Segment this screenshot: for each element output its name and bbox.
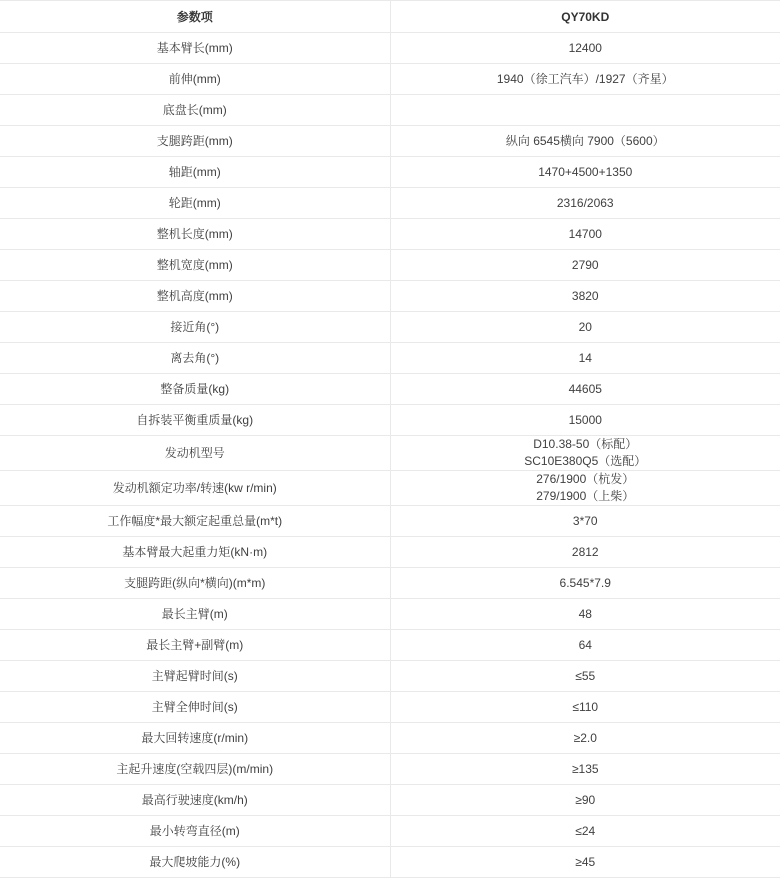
param-label-cell: 主臂起臂时间(s) [0, 661, 390, 692]
column-header-model: QY70KD [390, 1, 780, 33]
param-label-cell: 发动机型号 [0, 436, 390, 471]
param-label-cell: 离去角(°) [0, 343, 390, 374]
table-row: 基本臂最大起重力矩(kN·m) 2812 [0, 537, 780, 568]
table-row: 发动机型号 D10.38-50（标配）SC10E380Q5（选配） [0, 436, 780, 471]
param-label: 最大爬坡能力(%) [8, 854, 382, 871]
param-value-line: 纵向 6545横向 7900（5600） [399, 133, 773, 150]
param-value-line: 14700 [399, 226, 773, 243]
param-label-cell: 最长主臂+副臂(m) [0, 630, 390, 661]
param-value-line: 44605 [399, 381, 773, 398]
param-label: 整机宽度(mm) [8, 257, 382, 274]
param-label-cell: 整备质量(kg) [0, 374, 390, 405]
param-value-cell: ≥45 [390, 847, 780, 878]
param-label: 支腿跨距(mm) [8, 133, 382, 150]
param-label-cell: 最大爬坡能力(%) [0, 847, 390, 878]
param-value-line: 64 [399, 637, 773, 654]
param-value-line: 279/1900（上柴） [399, 488, 773, 505]
param-label: 发动机额定功率/转速(kw r/min) [8, 480, 382, 497]
param-value-cell: 14 [390, 343, 780, 374]
table-row: 支腿跨距(纵向*横向)(m*m) 6.545*7.9 [0, 568, 780, 599]
param-value-cell: 276/1900（杭发）279/1900（上柴） [390, 471, 780, 506]
param-label-cell: 底盘长(mm) [0, 95, 390, 126]
param-value-line: 276/1900（杭发） [399, 471, 773, 488]
table-row: 主臂全伸时间(s) ≤110 [0, 692, 780, 723]
param-label-cell: 整机宽度(mm) [0, 250, 390, 281]
param-value-line: ≥45 [399, 854, 773, 871]
param-value-line: 6.545*7.9 [399, 575, 773, 592]
table-row: 主起升速度(空载四层)(m/min) ≥135 [0, 754, 780, 785]
param-value-cell: 2316/2063 [390, 188, 780, 219]
param-value-cell: 3*70 [390, 506, 780, 537]
param-label: 最大回转速度(r/min) [8, 730, 382, 747]
param-label: 主臂全伸时间(s) [8, 699, 382, 716]
param-label: 工作幅度*最大额定起重总量(m*t) [8, 513, 382, 530]
param-label-cell: 主臂全伸时间(s) [0, 692, 390, 723]
param-value-cell: 20 [390, 312, 780, 343]
param-label: 基本臂长(mm) [8, 40, 382, 57]
param-label-cell: 轴距(mm) [0, 157, 390, 188]
table-row: 发动机额定功率/转速(kw r/min) 276/1900（杭发）279/190… [0, 471, 780, 506]
param-label-cell: 整机高度(mm) [0, 281, 390, 312]
param-value-line: 1470+4500+1350 [399, 164, 773, 181]
param-label-cell: 前伸(mm) [0, 64, 390, 95]
param-value-line: 2812 [399, 544, 773, 561]
param-value-line: 2316/2063 [399, 195, 773, 212]
param-label-cell: 最小转弯直径(m) [0, 816, 390, 847]
param-value-cell: 6.545*7.9 [390, 568, 780, 599]
param-label: 轮距(mm) [8, 195, 382, 212]
param-label: 整机长度(mm) [8, 226, 382, 243]
table-row: 整机宽度(mm) 2790 [0, 250, 780, 281]
table-row: 离去角(°) 14 [0, 343, 780, 374]
table-row: 最大爬坡能力(%) ≥45 [0, 847, 780, 878]
table-row: 主臂起臂时间(s) ≤55 [0, 661, 780, 692]
param-label-cell: 接近角(°) [0, 312, 390, 343]
param-value-cell: 1940（徐工汽车）/1927（齐星） [390, 64, 780, 95]
param-label: 轴距(mm) [8, 164, 382, 181]
param-value-line: 3*70 [399, 513, 773, 530]
param-value-cell: 2790 [390, 250, 780, 281]
column-header-parameter: 参数项 [0, 1, 390, 33]
param-label-cell: 基本臂最大起重力矩(kN·m) [0, 537, 390, 568]
table-row: 整机长度(mm) 14700 [0, 219, 780, 250]
param-value-cell [390, 95, 780, 126]
param-label-cell: 基本臂长(mm) [0, 33, 390, 64]
param-label: 整机高度(mm) [8, 288, 382, 305]
param-value-cell: 纵向 6545横向 7900（5600） [390, 126, 780, 157]
table-row: 接近角(°) 20 [0, 312, 780, 343]
param-value-line: SC10E380Q5（选配） [399, 453, 773, 470]
param-value-line: 15000 [399, 412, 773, 429]
param-label: 最长主臂(m) [8, 606, 382, 623]
param-value-cell: 3820 [390, 281, 780, 312]
table-row: 支腿跨距(mm) 纵向 6545横向 7900（5600） [0, 126, 780, 157]
param-value-cell: 64 [390, 630, 780, 661]
param-label: 支腿跨距(纵向*横向)(m*m) [8, 575, 382, 592]
param-label-cell: 最长主臂(m) [0, 599, 390, 630]
param-label-cell: 最高行驶速度(km/h) [0, 785, 390, 816]
param-label-cell: 整机长度(mm) [0, 219, 390, 250]
param-value-line: ≤110 [399, 699, 773, 716]
table-row: 工作幅度*最大额定起重总量(m*t) 3*70 [0, 506, 780, 537]
param-value-line: 3820 [399, 288, 773, 305]
param-label-cell: 支腿跨距(纵向*横向)(m*m) [0, 568, 390, 599]
table-row: 整备质量(kg) 44605 [0, 374, 780, 405]
param-label: 自拆装平衡重质量(kg) [8, 412, 382, 429]
table-row: 最大回转速度(r/min) ≥2.0 [0, 723, 780, 754]
table-row: 底盘长(mm) [0, 95, 780, 126]
param-label: 离去角(°) [8, 350, 382, 367]
param-value-cell: ≥2.0 [390, 723, 780, 754]
param-label: 最小转弯直径(m) [8, 823, 382, 840]
param-label: 基本臂最大起重力矩(kN·m) [8, 544, 382, 561]
param-value-line: 1940（徐工汽车）/1927（齐星） [399, 71, 773, 88]
param-value-cell: D10.38-50（标配）SC10E380Q5（选配） [390, 436, 780, 471]
param-value-cell: ≥90 [390, 785, 780, 816]
param-value-cell: 15000 [390, 405, 780, 436]
spec-table-body: 基本臂长(mm) 12400 前伸(mm) 1940（徐工汽车）/1927（齐星… [0, 33, 780, 878]
param-value-cell: ≥135 [390, 754, 780, 785]
spec-page: 参数项 QY70KD 基本臂长(mm) 12400 前伸(mm) 1940（徐工… [0, 0, 780, 884]
param-value-cell: 1470+4500+1350 [390, 157, 780, 188]
table-row: 基本臂长(mm) 12400 [0, 33, 780, 64]
table-row: 最小转弯直径(m) ≤24 [0, 816, 780, 847]
param-value-line: ≤55 [399, 668, 773, 685]
param-label-cell: 主起升速度(空载四层)(m/min) [0, 754, 390, 785]
param-value-cell: 12400 [390, 33, 780, 64]
table-row: 最高行驶速度(km/h) ≥90 [0, 785, 780, 816]
table-row: 轴距(mm) 1470+4500+1350 [0, 157, 780, 188]
spec-table: 参数项 QY70KD 基本臂长(mm) 12400 前伸(mm) 1940（徐工… [0, 0, 780, 878]
param-label-cell: 轮距(mm) [0, 188, 390, 219]
param-value-line: ≥90 [399, 792, 773, 809]
header-row: 参数项 QY70KD [0, 1, 780, 33]
param-label: 主臂起臂时间(s) [8, 668, 382, 685]
param-value-cell: ≤110 [390, 692, 780, 723]
param-value-line: ≥135 [399, 761, 773, 778]
param-value-cell: 2812 [390, 537, 780, 568]
table-row: 最长主臂(m) 48 [0, 599, 780, 630]
param-label-cell: 工作幅度*最大额定起重总量(m*t) [0, 506, 390, 537]
spec-table-head: 参数项 QY70KD [0, 1, 780, 33]
param-value-line: 48 [399, 606, 773, 623]
param-label: 底盘长(mm) [8, 102, 382, 119]
param-value-line: 12400 [399, 40, 773, 57]
param-label-cell: 自拆装平衡重质量(kg) [0, 405, 390, 436]
table-row: 自拆装平衡重质量(kg) 15000 [0, 405, 780, 436]
param-value-cell: 14700 [390, 219, 780, 250]
param-value-cell: ≤24 [390, 816, 780, 847]
param-label: 主起升速度(空载四层)(m/min) [8, 761, 382, 778]
param-value-cell: 44605 [390, 374, 780, 405]
table-row: 整机高度(mm) 3820 [0, 281, 780, 312]
param-value-line: 20 [399, 319, 773, 336]
table-row: 前伸(mm) 1940（徐工汽车）/1927（齐星） [0, 64, 780, 95]
param-label-cell: 支腿跨距(mm) [0, 126, 390, 157]
table-row: 最长主臂+副臂(m) 64 [0, 630, 780, 661]
param-label: 最长主臂+副臂(m) [8, 637, 382, 654]
param-label-cell: 发动机额定功率/转速(kw r/min) [0, 471, 390, 506]
param-label: 前伸(mm) [8, 71, 382, 88]
param-value-line: ≤24 [399, 823, 773, 840]
param-value-cell: ≤55 [390, 661, 780, 692]
param-label: 接近角(°) [8, 319, 382, 336]
param-label: 最高行驶速度(km/h) [8, 792, 382, 809]
param-label: 发动机型号 [8, 445, 382, 462]
param-label: 整备质量(kg) [8, 381, 382, 398]
param-value-cell: 48 [390, 599, 780, 630]
param-value-line: ≥2.0 [399, 730, 773, 747]
param-label-cell: 最大回转速度(r/min) [0, 723, 390, 754]
param-value-line: D10.38-50（标配） [399, 436, 773, 453]
param-value-line: 14 [399, 350, 773, 367]
param-value-line: 2790 [399, 257, 773, 274]
table-row: 轮距(mm) 2316/2063 [0, 188, 780, 219]
